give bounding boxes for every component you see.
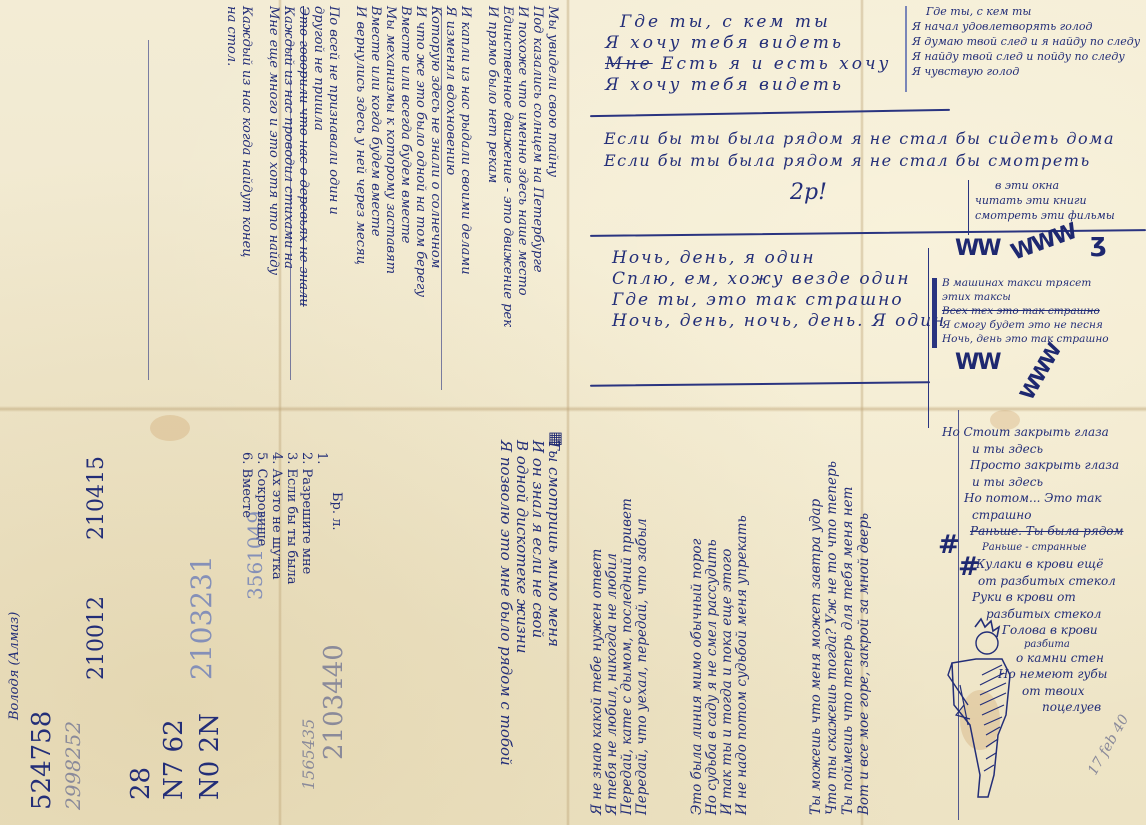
handwritten-line: этих таксы <box>942 290 1109 304</box>
handwritten-line: Сплю, ем, хожу везде один <box>612 269 946 290</box>
handwritten-line: Где ты, с кем ты <box>912 4 1140 19</box>
handwritten-line: И он знал я если не свой <box>530 440 546 766</box>
handwritten-line: Что ты скажешь тогда? Уж не то что тепер… <box>824 461 840 815</box>
handwritten-line: Если бы ты была рядом я не стал бы смотр… <box>604 150 1115 172</box>
manuscript-sheet: Мы увидели свою тайну Под казались солнц… <box>0 0 1146 825</box>
handwritten-line: Я хочу тебя видеть <box>605 33 891 54</box>
bottom-middle-stanza: Ты смотришь мимо меня И он знал я если н… <box>498 440 562 766</box>
stanza-1: Я не знаю какой тебе нужен ответ Я тебя … <box>590 498 650 815</box>
handwritten-line: И похоже что именно здесь наше место <box>515 6 530 327</box>
zigzag-doodle: WW <box>955 350 1000 375</box>
separator-line <box>290 40 291 380</box>
handwritten-line: Я смогу будет это не песня <box>942 318 1109 332</box>
handwritten-line: Мне еще много и это хотя что найду <box>266 6 281 327</box>
handwritten-line: Я изменял вдохновению <box>443 6 458 327</box>
handwritten-line: Я думаю твой след и я найду по следу <box>912 34 1140 49</box>
handwritten-line: И так ты и тогда и пока еще этого <box>720 515 735 815</box>
struck-line: Всех тех это так страшно <box>942 304 1109 318</box>
handwritten-line: Это была линия мимо обычный порог <box>690 515 705 815</box>
handwritten-line: В машинах такси трясет <box>942 276 1109 290</box>
top-left-text-block: Мы увидели свою тайну Под казались солнц… <box>224 6 560 327</box>
handwritten-line: Но судьба в саду я не смел рассудить <box>705 515 720 815</box>
zigzag-doodle: WW <box>955 236 1000 261</box>
handwritten-line: И не надо потом судьбой меня упрекать <box>735 515 750 815</box>
handwritten-line: Если бы ты была рядом я не стал бы сидет… <box>604 128 1115 150</box>
pencil-number: 2998252 <box>62 721 85 810</box>
number-mark: N7 62 <box>160 719 190 800</box>
number-marks: 28 <box>128 767 154 800</box>
handwritten-line: В одной дискотеке жизни <box>514 440 530 766</box>
handwritten-line: Где ты, это так страшно <box>612 290 946 311</box>
separator-line <box>590 381 930 387</box>
setlist-item: 3. Если бы ты была <box>284 452 299 585</box>
zigzag-doodle: WWW <box>1008 219 1079 265</box>
setlist-item: 4. Ах это не шутка <box>269 452 284 585</box>
handwritten-line: Ночь, день, я один <box>612 248 946 269</box>
setlist-item: 2. Разрешите мне <box>299 452 314 585</box>
note-2r: 2р! <box>790 180 827 205</box>
separator-line <box>441 10 442 390</box>
handwritten-line: Руки в крови от <box>942 589 1123 606</box>
handwritten-line: Передай, что уехал, передай, что забыл <box>635 498 650 815</box>
hash-doodle: # <box>958 552 978 582</box>
handwritten-line: Я не знаю какой тебе нужен ответ <box>590 498 605 815</box>
side-notes: в эти окна читать эти книги смотреть эти… <box>975 178 1115 223</box>
phone-number: 2103440 <box>320 644 350 760</box>
fold-line-horizontal <box>0 406 1146 412</box>
struck-line: Это говорили что нас о деревьях не знали <box>296 6 311 327</box>
handwritten-line: читать эти книги <box>975 193 1115 208</box>
handwritten-line: Я хочу тебя видеть <box>605 75 891 96</box>
handwritten-line: и ты здесь <box>942 441 1123 458</box>
handwritten-line: Ты смотришь мимо меня <box>546 440 562 766</box>
handwritten-line: По всей не признавали один и <box>326 6 341 327</box>
margin-line <box>928 248 929 428</box>
phone-number: 210012 <box>84 596 109 680</box>
handwritten-line: Просто закрыть глаза <box>942 457 1123 474</box>
handwritten-line: И что же это было одной на том берегу <box>413 6 428 327</box>
handwritten-line: в эти окна <box>975 178 1115 193</box>
handwritten-line: Мы механизмы к которому заставят <box>383 6 398 327</box>
setlist-item: 6. Вместе <box>239 452 254 585</box>
handwritten-line: Вот и все мое горе, закрой за мной дверь <box>856 461 872 815</box>
handwritten-line: Каждый из нас когда найдут конец <box>239 6 254 327</box>
handwritten-line: Передай, кате с дымом, последний привет <box>620 498 635 815</box>
zigzag-doodle: WWW <box>1015 340 1066 404</box>
figure-sketch <box>940 615 1020 805</box>
handwritten-line: Я позволю это мне было рядом с тобой <box>498 440 514 766</box>
handwritten-line: Но потом... Это так <box>942 490 1123 507</box>
phone-number: 524758 <box>28 711 58 810</box>
handwritten-line: другой не пришла <box>311 6 326 327</box>
separator-line <box>590 109 950 117</box>
margin-line <box>905 6 907 92</box>
setlist-item: 5. Сокровище <box>254 452 269 585</box>
name-volodya: Володя (Алмаз) <box>8 612 23 720</box>
handwritten-line: Где ты, с кем ты <box>605 12 891 33</box>
hash-doodle: # <box>938 530 958 560</box>
date-note: 17 feb 40 <box>1085 712 1132 778</box>
struck-line: Раньше. Ты была рядом <box>942 523 1123 540</box>
setlist-item: 1. <box>314 452 329 585</box>
handwritten-line: на стол. <box>224 6 239 327</box>
handwritten-line: Я найду твой след и пойду по следу <box>912 49 1140 64</box>
top-right-margin-notes: Где ты, с кем ты Я начал удовлетворять г… <box>912 4 1140 79</box>
handwritten-line: Мы увидели свою тайну <box>545 6 560 327</box>
handwritten-line: Мне Есть я и есть хочу <box>605 54 891 75</box>
handwritten-line: Я чувствую голод <box>912 64 1140 79</box>
handwritten-line: Ты можешь что меня может завтра удар <box>808 461 824 815</box>
top-right-stanza: Где ты, с кем ты Я хочу тебя видеть Мне … <box>605 12 891 96</box>
handwritten-line: Вместе или когда будем вместе <box>368 6 383 327</box>
stanza-3: Ты можешь что меня может завтра удар Что… <box>808 461 872 815</box>
handwritten-line: Вместе или всегда будем вместе <box>398 6 413 327</box>
number-mark: N0 2N <box>196 713 226 800</box>
handwritten-line: Под казались солнцем на Петербурге <box>530 6 545 327</box>
fold-line-vertical-center <box>566 0 570 825</box>
handwritten-line: Ночь, день, ночь, день. Я один <box>612 311 946 332</box>
taxi-side-notes: В машинах такси трясет этих таксы Всех т… <box>942 276 1109 346</box>
if-you-were-near-stanza: Если бы ты была рядом я не стал бы сидет… <box>604 128 1115 172</box>
bold-bar <box>932 278 937 348</box>
grid-doodle: ▦ <box>548 428 561 447</box>
handwritten-line: И прямо было нет рекам <box>485 6 500 327</box>
phone-number: 1565435 <box>300 719 318 790</box>
handwritten-line: Единственное движение - это движение рек <box>500 6 515 327</box>
struck-word: Мне <box>605 54 653 74</box>
handwritten-line: Ночь, день это так страшно <box>942 332 1109 346</box>
stain <box>150 415 190 441</box>
handwritten-line: страшно <box>942 507 1123 524</box>
separator-line <box>148 40 149 380</box>
handwritten-line: Каждый из нас проводил стихами на <box>281 6 296 327</box>
handwritten-line: Ты поймешь что теперь для тебя меня нет <box>840 461 856 815</box>
stanza-2: Это была линия мимо обычный порог Но суд… <box>690 515 750 815</box>
phone-number: 210415 <box>84 456 109 540</box>
handwritten-line: И вернулись здесь у ней через месяц <box>353 6 368 327</box>
handwritten-line: И капли из нас рыдали своими делами <box>458 6 473 327</box>
handwritten-line: Я начал удовлетворять голод <box>912 19 1140 34</box>
setlist: Бр. л. 1. 2. Разрешите мне 3. Если бы ты… <box>239 452 344 585</box>
phone-number: 2103231 <box>186 555 218 680</box>
night-day-stanza: Ночь, день, я один Сплю, ем, хожу везде … <box>612 248 946 332</box>
margin-line <box>968 180 969 235</box>
handwritten-line: Я тебя не любил, никогда не любил <box>605 498 620 815</box>
handwritten-line: Но Стоит закрыть глаза <box>942 424 1123 441</box>
setlist-title: Бр. л. <box>329 452 344 585</box>
handwritten-line: и ты здесь <box>942 474 1123 491</box>
hook-doodle: ʒ <box>1090 228 1105 258</box>
handwritten-line: смотреть эти фильмы <box>975 208 1115 223</box>
